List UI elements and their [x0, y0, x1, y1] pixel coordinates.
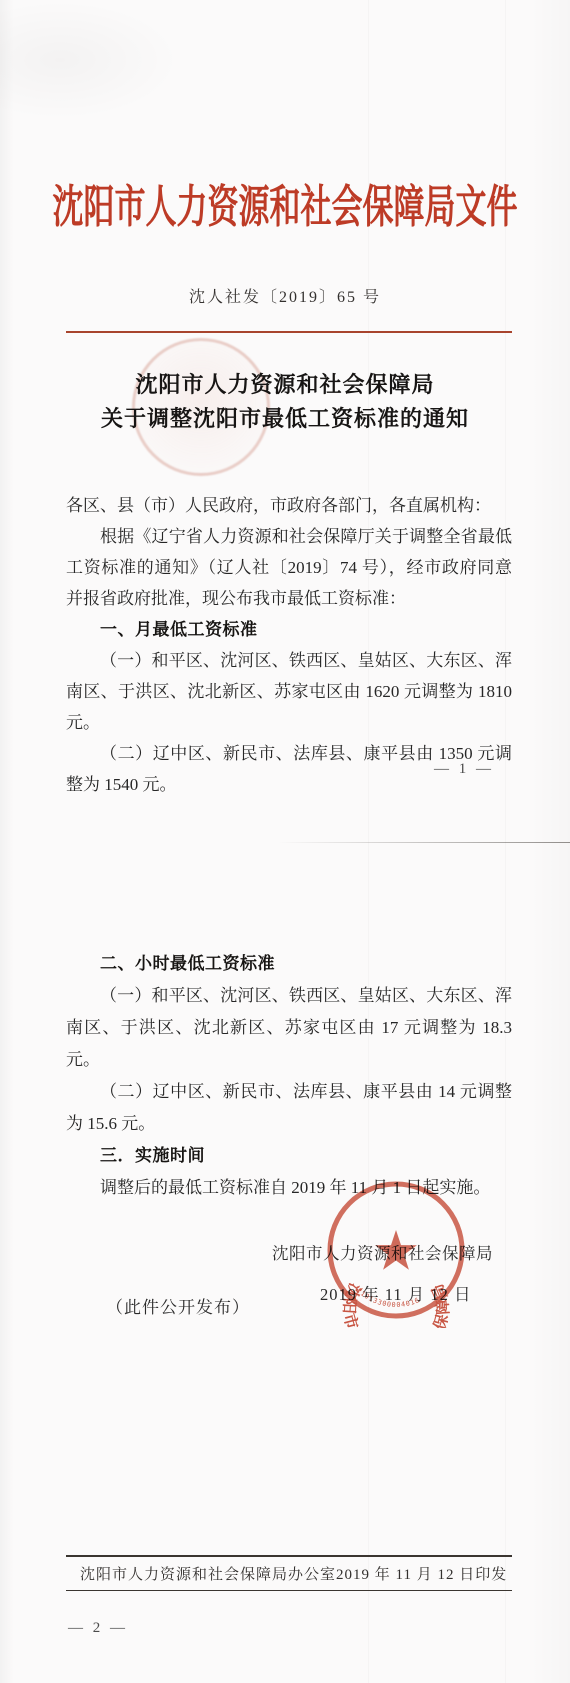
section2-item1: （一）和平区、沈河区、铁西区、皇姑区、大东区、浑南区、于洪区、沈北新区、苏家屯区…: [66, 980, 512, 1076]
footer-row: 沈阳市人力资源和社会保障局办公室 2019 年 11 月 12 日印发: [80, 1563, 504, 1584]
footer-rule-bottom: [66, 1590, 512, 1591]
seal-star-icon: [375, 1230, 417, 1270]
page1-body: 各区、县（市）人民政府，市政府各部门，各直属机构： 根据《辽宁省人力资源和社会保…: [66, 490, 512, 800]
agency-letterhead-title: 沈阳市人力资源和社会保障局文件: [0, 170, 570, 235]
footer-rule-top: [66, 1555, 512, 1557]
document-number: 沈人社发〔2019〕65 号: [0, 284, 570, 307]
page2-number: — 2 —: [68, 1620, 128, 1637]
section2-heading: 二、小时最低工资标准: [66, 948, 512, 980]
document-scan: 沈阳市人力资源和社会保障局文件 沈人社发〔2019〕65 号 沈阳市人力资源和社…: [0, 0, 570, 1683]
page1-number: — 1 —: [434, 761, 494, 778]
salutation: 各区、县（市）人民政府，市政府各部门，各直属机构：: [66, 490, 512, 521]
public-release-note: （此件公开发布）: [106, 1293, 250, 1318]
intro-paragraph: 根据《辽宁省人力资源和社会保障厅关于调整全省最低工资标准的通知》（辽人社〔201…: [66, 521, 512, 614]
notice-title-line2: 关于调整沈阳市最低工资标准的通知: [0, 402, 570, 436]
section1-heading: 一、月最低工资标准: [66, 614, 512, 645]
red-divider-line: [66, 331, 512, 333]
footer-office: 沈阳市人力资源和社会保障局办公室: [80, 1563, 336, 1584]
section3-heading: 三．实施时间: [66, 1140, 512, 1172]
notice-title-line1: 沈阳市人力资源和社会保障局: [0, 368, 570, 402]
section1-item1: （一）和平区、沈河区、铁西区、皇姑区、大东区、浑南区、于洪区、沈北新区、苏家屯区…: [66, 645, 512, 738]
official-seal-stamp: 沈阳市人力资源和社会保障局 21013300004016: [318, 1172, 474, 1328]
page-boundary-edge: [278, 842, 570, 843]
footer-print-date: 2019 年 11 月 12 日印发: [336, 1563, 507, 1584]
section2-item2: （二）辽中区、新民市、法库县、康平县由 14 元调整为 15.6 元。: [66, 1076, 512, 1140]
notice-title: 沈阳市人力资源和社会保障局 关于调整沈阳市最低工资标准的通知: [0, 368, 570, 436]
page2-body: 二、小时最低工资标准 （一）和平区、沈河区、铁西区、皇姑区、大东区、浑南区、于洪…: [66, 948, 512, 1204]
